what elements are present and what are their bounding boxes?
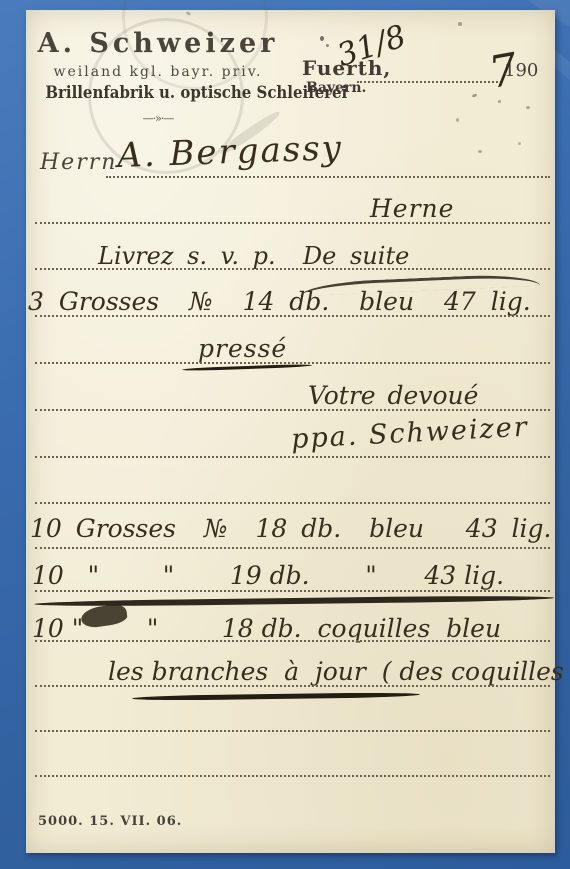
ink-speck [458,22,462,26]
company-description: Brillenfabrik u. optische Schleiferei [45,83,270,103]
ink-speck [456,118,459,122]
ink-speck [478,150,482,153]
heavy-underline [132,692,420,701]
ruled-line [35,315,550,317]
order2-line1: 10 Grosses № 18 db. bleu 43 lig. [30,514,552,543]
ornament-divider: —·»·— [30,112,286,125]
ruled-line [35,502,550,504]
ruled-line [35,268,550,270]
handwritten-year-digit: 7 [485,44,521,99]
ruled-line [35,547,550,549]
recipient-name: A. Bergassy [117,128,344,176]
ruled-line [35,362,550,364]
ruled-line [35,590,550,592]
scan-background: A. Schweizer weiland kgl. bayr. priv. Br… [0,0,570,869]
company-subtitle: weiland kgl. bayr. priv. [30,64,286,80]
print-shop-imprint: 5000. 15. VII. 06. [38,814,182,829]
closing-phrase: Votre devoué [308,381,478,410]
ruled-line [35,640,550,642]
company-name: A. Schweizer [30,28,286,59]
signature: ppa. Schweizer [290,412,529,455]
order2-line4: les branches à jour ( des coquilles ) [108,657,570,686]
letterhead: A. Schweizer weiland kgl. bayr. priv. Br… [30,28,286,125]
order2-line2: 10 " " 19 db. " 43 lig. [32,561,504,590]
ink-speck [472,93,478,98]
ruled-line [35,409,550,411]
ruled-line [35,456,550,458]
order2-line3: 10 " " 18 db. coquilles bleu [32,614,501,643]
postcard: A. Schweizer weiland kgl. bayr. priv. Br… [26,10,555,853]
destination-city: Herne [370,194,454,223]
ink-speck [526,106,530,109]
ruled-line [35,222,550,224]
salutation-printed: Herrn [40,150,117,175]
ruled-line [35,685,550,687]
order-item-line: 3 Grosses № 14 db. bleu 47 lig. [28,287,531,316]
underline-stroke [182,364,312,372]
ink-speck [326,44,329,47]
ink-speck [518,142,521,145]
urgency-note: pressé [198,334,287,363]
ink-speck [498,100,501,103]
ruled-line [35,730,550,732]
ruled-line [35,775,550,777]
delivery-instruction: Livrez s. v. p. De suite [98,242,409,270]
ink-speck [320,36,324,41]
ruled-line [106,176,550,178]
